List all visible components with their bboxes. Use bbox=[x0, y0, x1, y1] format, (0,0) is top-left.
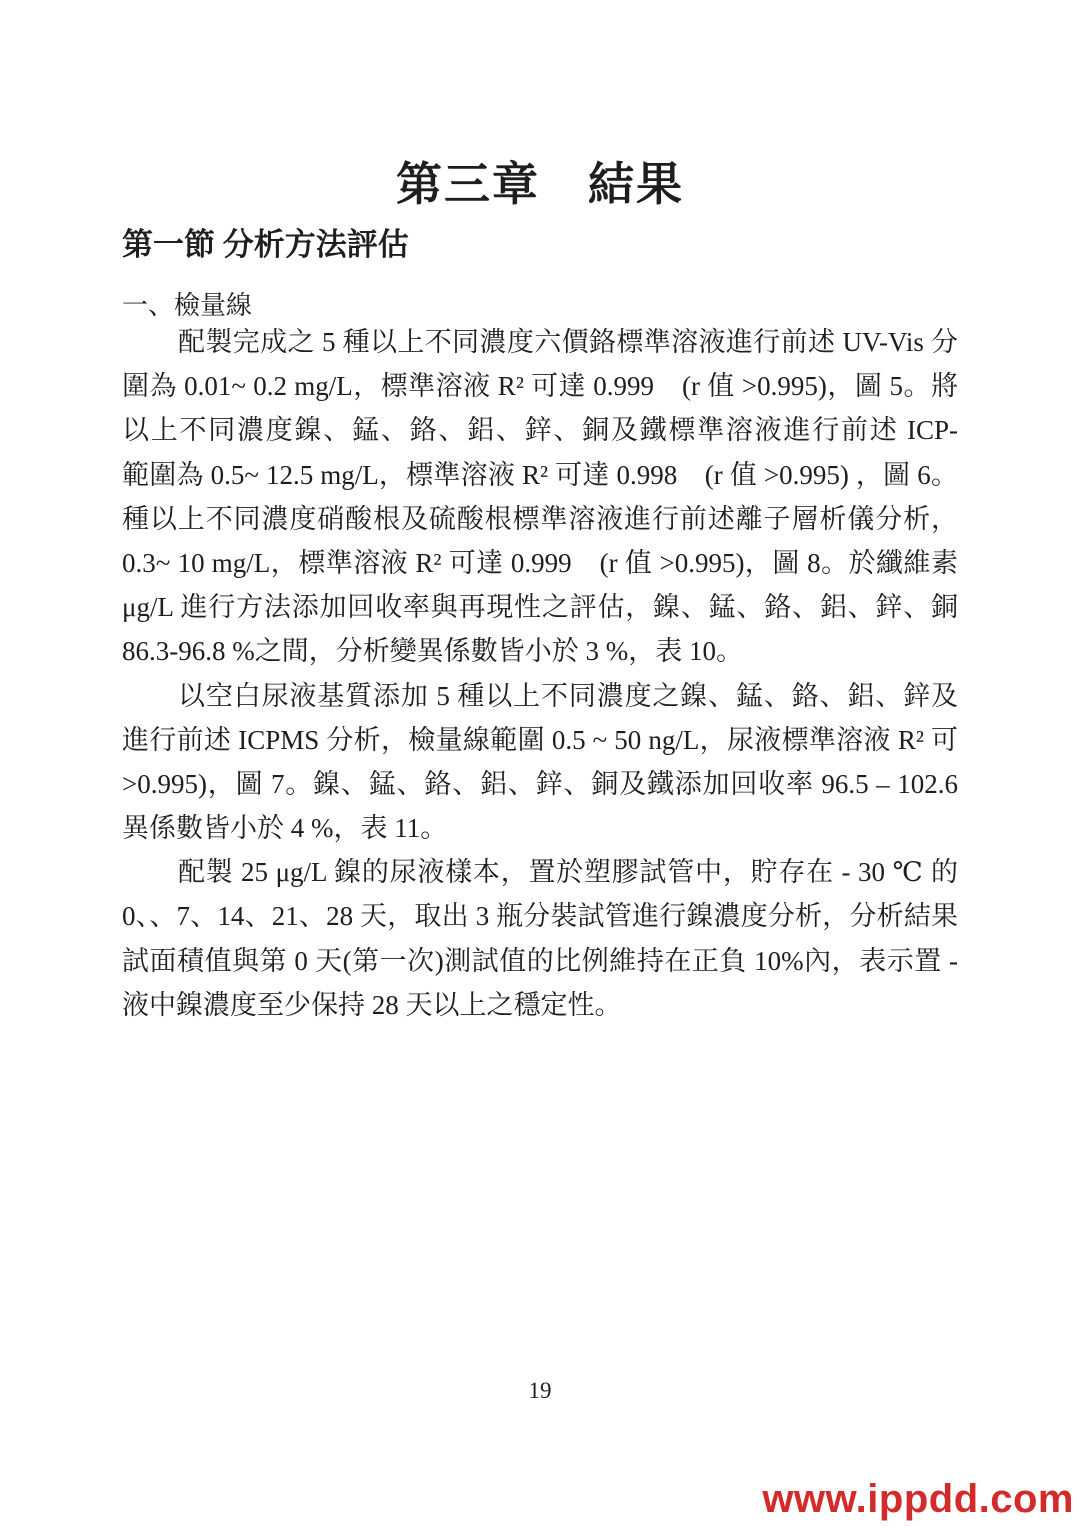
body-line: 試面積值與第 0 天(第一次)測試值的比例維持在正負 10%內，表示置 - 20… bbox=[122, 939, 958, 983]
body-line: 種以上不同濃度硝酸根及硫酸根標準溶液進行前述離子層析儀分析，檢量線範圍為 bbox=[122, 497, 958, 541]
body-line: 配製完成之 5 種以上不同濃度六價鉻標準溶液進行前述 UV-Vis 分析，檢量線… bbox=[122, 320, 958, 364]
body-line: 以空白尿液基質添加 5 種以上不同濃度之鎳、錳、鉻、鋁、鋅及鐵尿液標準溶液， bbox=[122, 674, 958, 718]
body-line: >0.995)，圖 7。鎳、錳、鉻、鋁、鋅、銅及鐵添加回收率 96.5 – 10… bbox=[122, 762, 958, 806]
body-text: 配製完成之 5 種以上不同濃度六價鉻標準溶液進行前述 UV-Vis 分析，檢量線… bbox=[122, 320, 958, 1027]
watermark: www.ippdd.com bbox=[762, 1477, 1074, 1522]
body-line: 液中鎳濃度至少保持 28 天以上之穩定性。 bbox=[122, 983, 958, 1027]
document-page: 第三章 結果 第一節 分析方法評估 一、檢量線 配製完成之 5 種以上不同濃度六… bbox=[0, 0, 1080, 1527]
body-line: 0、、7、14、21、28 天，取出 3 瓶分裝試管進行鎳濃度分析，分析結果在 … bbox=[122, 894, 958, 938]
body-line: 進行前述 ICPMS 分析，檢量線範圍 0.5 ~ 50 ng/L，尿液標準溶液… bbox=[122, 718, 958, 762]
body-line: μg/L 進行方法添加回收率與再現性之評估，鎳、錳、鉻、鋁、鋅、銅及鐵添加回收率 bbox=[122, 585, 958, 629]
body-line: 異係數皆小於 4 %，表 11。 bbox=[122, 806, 958, 850]
chapter-title: 第三章 結果 bbox=[0, 148, 1080, 214]
section-heading: 第一節 分析方法評估 bbox=[122, 219, 409, 264]
body-line: 以上不同濃度鎳、錳、鉻、鋁、鋅、銅及鐵標準溶液進行前述 ICP-OES 分析，檢… bbox=[122, 408, 958, 452]
body-line: 範圍為 0.5~ 12.5 mg/L，標準溶液 R² 可達 0.998 (r 值… bbox=[122, 453, 958, 497]
body-line: 配製 25 μg/L 鎳的尿液樣本，置於塑膠試管中，貯存在 - 30 ℃ 的冰箱… bbox=[122, 850, 958, 894]
subsection-heading: 一、檢量線 bbox=[122, 285, 252, 322]
page-number: 19 bbox=[0, 1378, 1080, 1404]
body-line: 圍為 0.01~ 0.2 mg/L，標準溶液 R² 可達 0.999 (r 值 … bbox=[122, 364, 958, 408]
body-line: 86.3-96.8 %之間，分析變異係數皆小於 3 %，表 10。 bbox=[122, 629, 958, 673]
body-line: 0.3~ 10 mg/L，標準溶液 R² 可達 0.999 (r 值 >0.99… bbox=[122, 541, 958, 585]
